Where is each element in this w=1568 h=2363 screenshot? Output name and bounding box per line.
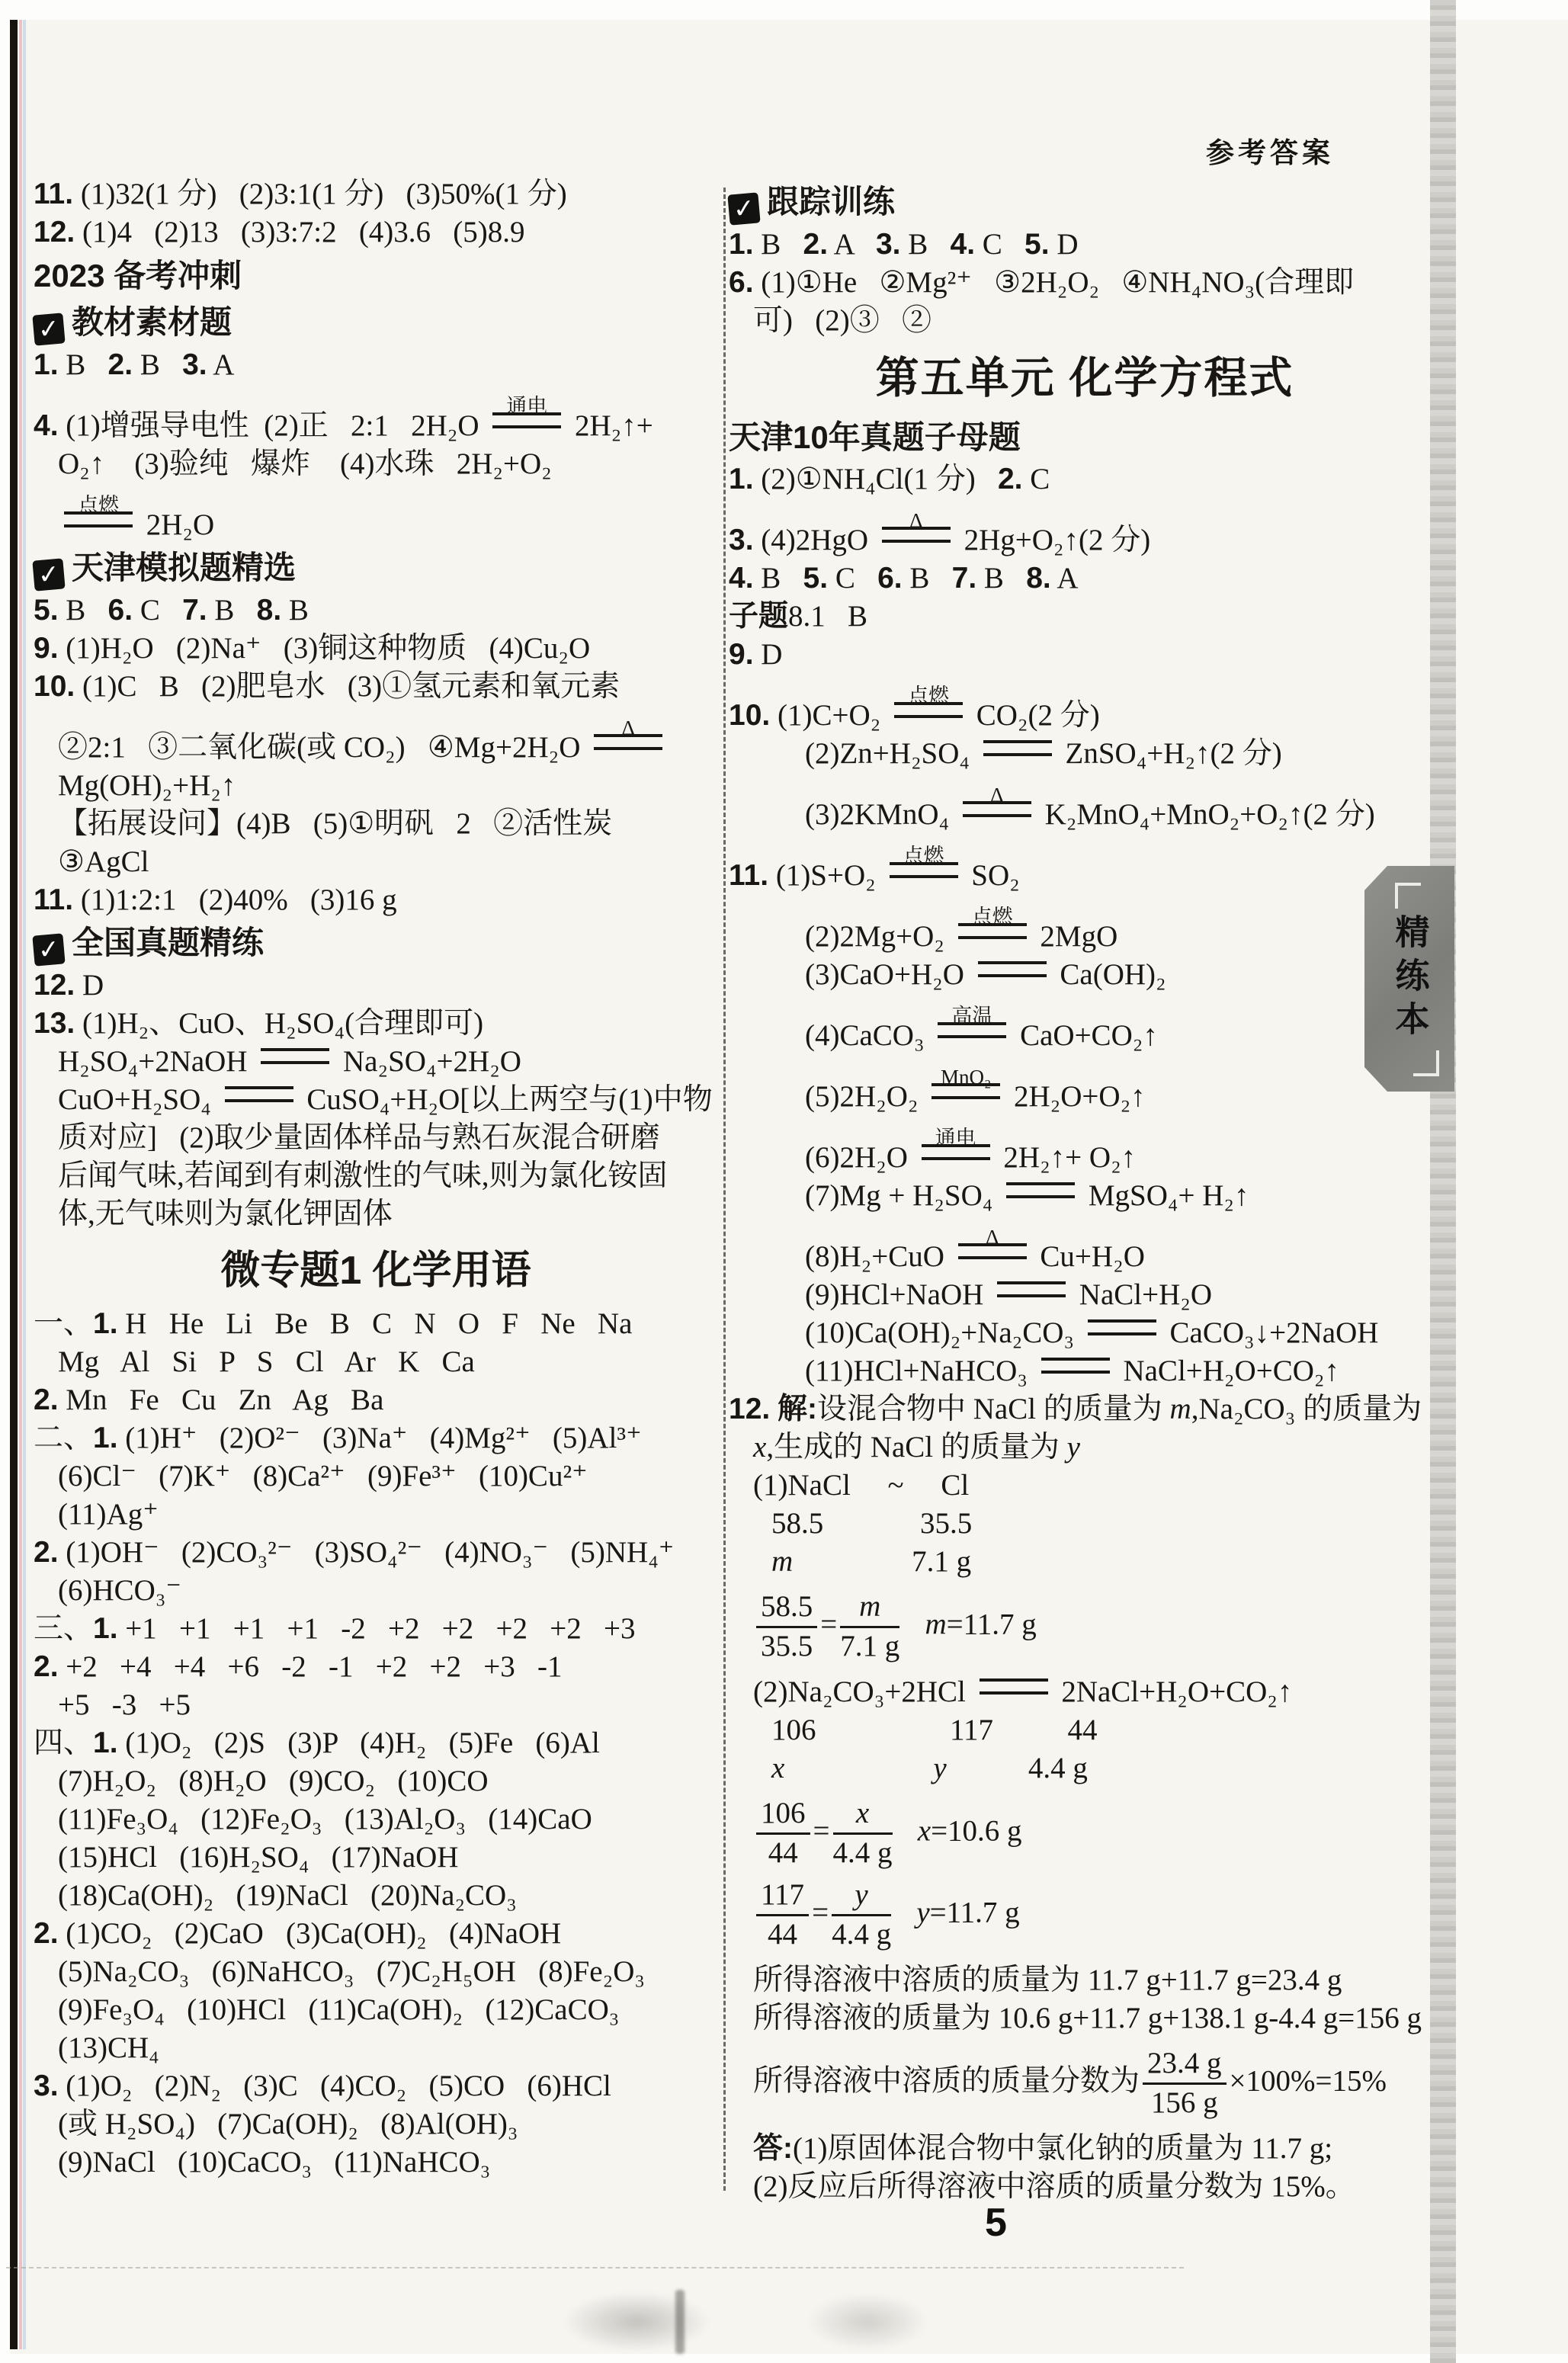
text-line: (9)Fe₃O₄ (10)HCl (11)Ca(OH)₂ (12)CaCO₃ [34, 1991, 718, 2029]
text-line: (4)CaCO₃ 高温 CaO+CO₂↑ [729, 994, 1441, 1055]
text-line: 2. (1)CO₂ (2)CaO (3)Ca(OH)₂ (4)NaOH [34, 1915, 718, 1953]
side-tab: 精练本 [1364, 866, 1454, 1092]
reaction-equals-icon [983, 740, 1052, 756]
text-line: 2. (1)OH⁻ (2)CO₃²⁻ (3)SO₄²⁻ (4)NO₃⁻ (5)N… [34, 1534, 718, 1572]
text-line: 10. (1)C+O₂ 点燃 CO₂(2 分) [729, 674, 1441, 735]
text-line: 4. (1)增强导电性 (2)正 2:1 2H₂O 通电 2H₂↑+ [34, 384, 718, 445]
text-line: (5)2H₂O₂ MnO₂ 2H₂O+O₂↑ [729, 1055, 1441, 1116]
checklist-heading: ✓全国真题精练 [34, 919, 718, 967]
text-line: 11744=y4.4 g y=11.7 g [729, 1880, 1441, 1951]
text-line: 质对应] (2)取少量固体样品与熟石灰混合研磨 [34, 1119, 718, 1157]
text-line: Mg Al Si P S Cl Ar K Ca [34, 1343, 718, 1381]
scan-color-fringe [19, 20, 22, 2349]
text-line: 5. B 6. C 7. B 8. B [34, 592, 718, 630]
fraction: 58.535.5 [756, 1592, 817, 1662]
text-line: 1. (2)①NH₄Cl(1 分) 2. C [729, 460, 1441, 499]
text-line: (2)Zn+H₂SO₄ ZnSO₄+H₂↑(2 分) [729, 735, 1441, 773]
column-divider [723, 188, 726, 2191]
text-line: 9. D [729, 636, 1441, 674]
text-line: (3)2KMnO₄ Δ K₂MnO₄+MnO₂+O₂↑(2 分) [729, 773, 1441, 834]
text-line: (7)H₂O₂ (8)H₂O (9)CO₂ (10)CO [34, 1762, 718, 1800]
corner-bracket-icon [1395, 883, 1421, 909]
text-line: 点燃 2H₂O [34, 483, 718, 544]
scan-smudge [806, 2293, 928, 2351]
text-line: (7)Mg + H₂SO₄ MgSO₄+ H₂↑ [729, 1177, 1441, 1215]
text-line: 2. Mn Fe Cu Zn Ag Ba [34, 1381, 718, 1419]
fraction: y4.4 g [832, 1880, 891, 1951]
text-line: 后闻气味,若闻到有刺激性的气味,则为氯化铵固 [34, 1157, 718, 1195]
reaction-equals-icon: MnO₂ [932, 1083, 1000, 1099]
text-line: (11)Ag⁺ [34, 1496, 718, 1534]
text-line: (11)HCl+NaHCO₃ NaCl+H₂O+CO₂↑ [729, 1352, 1441, 1390]
text-line: 58.535.5=m7.1 g m=11.7 g [729, 1592, 1441, 1662]
reaction-equals-icon [1006, 1182, 1075, 1198]
fraction: m7.1 g [840, 1592, 899, 1662]
side-tab-label: 精练本 [1385, 914, 1435, 1044]
fraction: 11744 [756, 1880, 809, 1951]
reaction-equals-icon [997, 1281, 1066, 1297]
text-line: (6)2H₂O 通电 2H₂↑+ O₂↑ [729, 1116, 1441, 1177]
page-header-title: 参考答案 [1206, 130, 1334, 171]
text-line: 答:(1)原固体混合物中氯化钠的质量为 11.7 g; [729, 2130, 1441, 2168]
text-line: (15)HCl (16)H₂SO₄ (17)NaOH [34, 1839, 718, 1877]
text-line: (2)Na₂CO₃+2HCl 2NaCl+H₂O+CO₂↑ [729, 1673, 1441, 1711]
corner-bracket-icon [1413, 1050, 1439, 1076]
text-line: (5)Na₂CO₃ (6)NaHCO₃ (7)C₂H₅OH (8)Fe₂O₃ [34, 1953, 718, 1991]
text-line: 四、1. (1)O₂ (2)S (3)P (4)H₂ (5)Fe (6)Al [34, 1724, 718, 1762]
checklist-heading: ✓跟踪训练 [729, 178, 1441, 226]
reaction-equals-icon: 点燃 [64, 511, 133, 527]
reaction-equals-icon: Δ [594, 734, 662, 750]
reaction-equals-icon [978, 961, 1047, 977]
text-line: +5 -3 +5 [34, 1686, 718, 1724]
text-line: 12. D [34, 967, 718, 1005]
text-line: m 7.1 g [729, 1543, 1441, 1581]
text-line: 4. B 5. C 6. B 7. B 8. A [729, 559, 1441, 598]
text-line: 三、1. +1 +1 +1 +1 -2 +2 +2 +2 +2 +3 [34, 1610, 718, 1648]
text-line: (2)2Mg+O₂ 点燃 2MgO [729, 895, 1441, 956]
text-line: H₂SO₄+2NaOH Na₂SO₄+2H₂O [34, 1043, 718, 1081]
text-line: 3. (4)2HgO Δ 2Hg+O₂↑(2 分) [729, 499, 1441, 559]
reaction-equals-icon: 通电 [492, 412, 561, 428]
text-line: 所得溶液中溶质的质量为 11.7 g+11.7 g=23.4 g [729, 1961, 1441, 1999]
text-line: (13)CH₄ [34, 2029, 718, 2067]
text-line: 58.5 35.5 [729, 1505, 1441, 1543]
text-line: 所得溶液中溶质的质量分数为23.4 g156 g×100%=15% [729, 2048, 1441, 2119]
text-line: 6. (1)①He ②Mg²⁺ ③2H₂O₂ ④NH₄NO₃(合理即 [729, 264, 1441, 302]
reaction-equals-icon [261, 1048, 329, 1064]
text-line: 13. (1)H₂、CuO、H₂SO₄(合理即可) [34, 1005, 718, 1043]
text-line: ③AgCl [34, 843, 718, 881]
reaction-equals-icon [225, 1086, 293, 1102]
text-line: (10)Ca(OH)₂+Na₂CO₃ CaCO₃↓+2NaOH [729, 1314, 1441, 1352]
checkbox-icon: ✓ [32, 313, 65, 345]
scan-color-fringe [23, 20, 26, 2349]
reaction-equals-icon: Δ [882, 527, 951, 543]
reaction-equals-icon: Δ [958, 1243, 1027, 1259]
text-line: CuO+H₂SO₄ CuSO₄+H₂O[以上两空与(1)中物 [34, 1081, 718, 1119]
scan-smudge [563, 2291, 711, 2352]
scan-smudge [675, 2290, 685, 2354]
text-line: 11. (1)32(1 分) (2)3:1(1 分) (3)50%(1 分) [34, 175, 718, 213]
book-spine-edge [10, 20, 18, 2349]
text-line: 1. B 2. B 3. A [34, 346, 718, 384]
fraction: 10644 [756, 1798, 810, 1869]
heading-micro-topic-1: 微专题1 化学用语 [34, 1241, 718, 1300]
scan-line-artifact [6, 2267, 1184, 2268]
checkbox-icon: ✓ [32, 933, 65, 966]
text-line: 一、1. H He Li Be B C N O F Ne Na [34, 1305, 718, 1343]
text-line: 11. (1)S+O₂ 点燃 SO₂ [729, 834, 1441, 895]
text-line: 10. (1)C B (2)肥皂水 (3)①氢元素和氧元素 [34, 668, 718, 706]
reaction-equals-icon: 高温 [938, 1022, 1006, 1038]
text-line: x y 4.4 g [729, 1749, 1441, 1787]
text-line: 10644=x4.4 g x=10.6 g [729, 1798, 1441, 1869]
text-line: 11. (1)1:2:1 (2)40% (3)16 g [34, 881, 718, 919]
reaction-equals-icon: 通电 [922, 1144, 990, 1160]
text-line: (8)H₂+CuO Δ Cu+H₂O [729, 1215, 1441, 1276]
text-line: (3)CaO+H₂O Ca(OH)₂ [729, 956, 1441, 994]
fraction: 23.4 g156 g [1143, 2048, 1227, 2119]
text-line: 二、1. (1)H⁺ (2)O²⁻ (3)Na⁺ (4)Mg²⁺ (5)Al³⁺ [34, 1419, 718, 1457]
answers-column-left: 11. (1)32(1 分) (2)3:1(1 分) (3)50%(1 分)12… [34, 175, 718, 2182]
page-number: 5 [985, 2200, 1007, 2246]
text-line: 体,无气味则为氯化钾固体 [34, 1195, 718, 1233]
reaction-equals-icon: 点燃 [958, 923, 1027, 939]
text-line: 子题8.1 B [729, 598, 1441, 636]
reaction-equals-icon [1041, 1358, 1110, 1374]
subsection-heading: 天津10年真题子母题 [729, 415, 1441, 460]
text-line: (6)Cl⁻ (7)K⁺ (8)Ca²⁺ (9)Fe³⁺ (10)Cu²⁺ [34, 1457, 718, 1496]
text-line: O₂↑ (3)验纯 爆炸 (4)水珠 2H₂+O₂ [34, 445, 718, 483]
text-line: (或 H₂SO₄) (7)Ca(OH)₂ (8)Al(OH)₃ [34, 2105, 718, 2143]
text-line: 106 117 44 [729, 1711, 1441, 1749]
text-line: (6)HCO₃⁻ [34, 1572, 718, 1610]
text-line: 2. +2 +4 +4 +6 -2 -1 +2 +2 +3 -1 [34, 1648, 718, 1686]
text-line: (2)反应后所得溶液中溶质的质量分数为 15%。 [729, 2168, 1441, 2206]
text-line: (11)Fe₃O₄ (12)Fe₂O₃ (13)Al₂O₃ (14)CaO [34, 1800, 718, 1839]
text-line: 所得溶液的质量为 10.6 g+11.7 g+138.1 g-4.4 g=156… [729, 1999, 1441, 2038]
reaction-equals-icon [1088, 1319, 1156, 1335]
text-line: 9. (1)H₂O (2)Na⁺ (3)铜这种物质 (4)Cu₂O [34, 630, 718, 668]
text-line: 12. 解:设混合物中 NaCl 的质量为 m,Na₂CO₃ 的质量为 [729, 1390, 1441, 1428]
checklist-heading: ✓天津模拟题精选 [34, 544, 718, 592]
text-line: x,生成的 NaCl 的质量为 y [729, 1428, 1441, 1467]
reaction-equals-icon: Δ [963, 801, 1031, 817]
text-line: (9)HCl+NaOH NaCl+H₂O [729, 1276, 1441, 1314]
reaction-equals-icon: 点燃 [890, 862, 958, 878]
text-line: ②2:1 ③二氧化碳(或 CO₂) ④Mg+2H₂O Δ [34, 706, 718, 767]
text-line: (1)NaCl ~ Cl [729, 1467, 1441, 1505]
checklist-heading: ✓教材素材题 [34, 299, 718, 346]
checkbox-icon: ✓ [727, 192, 760, 225]
subsection-heading: 2023 备考冲刺 [34, 253, 718, 299]
text-line: 1. B 2. A 3. B 4. C 5. D [729, 226, 1441, 264]
fraction: x4.4 g [833, 1798, 893, 1869]
reaction-equals-icon [980, 1678, 1048, 1694]
heading-unit-5: 第五单元 化学方程式 [729, 345, 1441, 412]
text-line: 【拓展设问】(4)B (5)①明矾 2 ②活性炭 [34, 805, 718, 843]
reaction-equals-icon: 点燃 [894, 702, 963, 718]
checkbox-icon: ✓ [32, 558, 65, 591]
text-line: (18)Ca(OH)₂ (19)NaCl (20)Na₂CO₃ [34, 1877, 718, 1915]
text-line: Mg(OH)₂+H₂↑ [34, 767, 718, 805]
text-line: 3. (1)O₂ (2)N₂ (3)C (4)CO₂ (5)CO (6)HCl [34, 2067, 718, 2105]
text-line: 可) (2)③ ② [729, 302, 1441, 340]
text-line: (9)NaCl (10)CaCO₃ (11)NaHCO₃ [34, 2143, 718, 2182]
text-line: 12. (1)4 (2)13 (3)3:7:2 (4)3.6 (5)8.9 [34, 213, 718, 252]
answers-column-right: ✓跟踪训练1. B 2. A 3. B 4. C 5. D6. (1)①He ②… [729, 178, 1441, 2206]
